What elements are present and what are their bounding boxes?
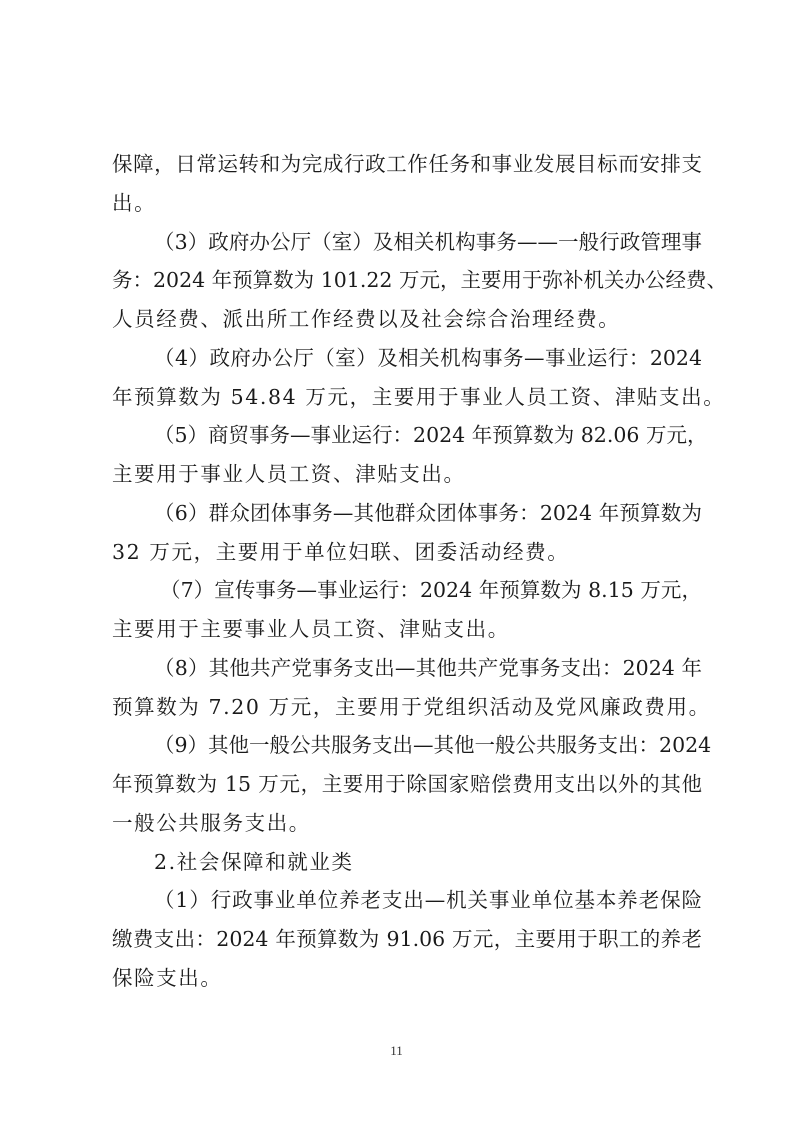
text-line: 保险支出。 bbox=[112, 966, 702, 990]
document-page: 保障，日常运转和为完成行政工作任务和事业发展目标而安排支 出。 （3）政府办公厅… bbox=[0, 0, 793, 1122]
text-line: （5）商贸事务—事业运行：2024 年预算数为 82.06 万元， bbox=[154, 423, 702, 447]
text-line: （9）其他一般公共服务支出—其他一般公共服务支出：2024 bbox=[154, 733, 702, 757]
text-line: （4）政府办公厅（室）及相关机构事务—事业运行：2024 bbox=[154, 346, 702, 370]
text-line: 务：2024 年预算数为 101.22 万元，主要用于弥补机关办公经费、 bbox=[112, 268, 702, 292]
text-line: 缴费支出：2024 年预算数为 91.06 万元，主要用于职工的养老 bbox=[112, 927, 702, 951]
text-line: 32 万元，主要用于单位妇联、团委活动经费。 bbox=[112, 540, 702, 564]
text-line: 主要用于事业人员工资、津贴支出。 bbox=[112, 462, 702, 486]
text-line: （8）其他共产党事务支出—其他共产党事务支出：2024 年 bbox=[154, 656, 702, 680]
text-line: （7）宣传事务—事业运行：2024 年预算数为 8.15 万元， bbox=[160, 578, 702, 602]
text-line: 一般公共服务支出。 bbox=[112, 811, 702, 835]
section-heading: 2.社会保障和就业类 bbox=[154, 850, 702, 874]
text-line: 出。 bbox=[112, 191, 702, 215]
text-line: 预算数为 7.20 万元，主要用于党组织活动及党风廉政费用。 bbox=[112, 695, 702, 719]
text-line: （3）政府办公厅（室）及相关机构事务——一般行政管理事 bbox=[154, 230, 702, 254]
text-line: 年预算数为 15 万元，主要用于除国家赔偿费用支出以外的其他 bbox=[112, 772, 702, 796]
text-line: （1）行政事业单位养老支出—机关事业单位基本养老保险 bbox=[154, 888, 702, 912]
text-line: （6）群众团体事务—其他群众团体事务：2024 年预算数为 bbox=[154, 501, 702, 525]
text-line: 年预算数为 54.84 万元，主要用于事业人员工资、津贴支出。 bbox=[112, 385, 702, 409]
text-line: 保障，日常运转和为完成行政工作任务和事业发展目标而安排支 bbox=[112, 152, 702, 176]
text-line: 主要用于主要事业人员工资、津贴支出。 bbox=[112, 617, 702, 641]
text-line: 人员经费、派出所工作经费以及社会综合治理经费。 bbox=[112, 307, 702, 331]
page-number: 11 bbox=[0, 1043, 793, 1059]
